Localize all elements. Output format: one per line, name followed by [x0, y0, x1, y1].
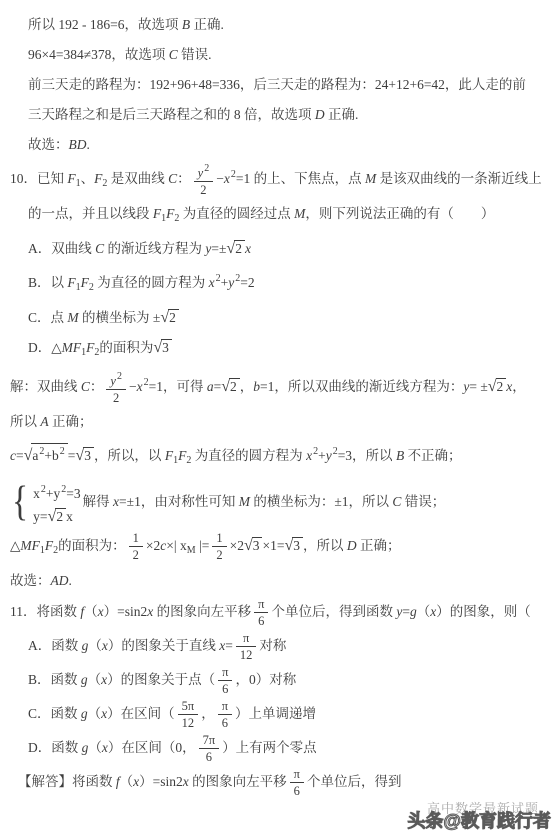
math-var: F — [153, 206, 161, 221]
superscript: 2 — [60, 446, 65, 457]
radicand: 2 — [168, 309, 179, 325]
math-var: c — [160, 538, 166, 553]
superscript: 2 — [61, 484, 66, 495]
superscript: 2 — [231, 169, 236, 180]
math-var: y — [396, 604, 402, 619]
text-line: 解：双曲线 C：y22−x2=1，可得 a=√2，b=1，所以双曲线的渐近线方程… — [10, 368, 547, 407]
math-var: MF — [62, 340, 82, 355]
radical-sign: √ — [221, 378, 229, 395]
text-line: C．点 M 的横坐标为 ±√2 — [28, 303, 547, 333]
fraction-denominator: 2 — [106, 389, 126, 407]
math-var: F — [67, 171, 75, 186]
radicand: 3 — [252, 537, 263, 553]
fraction: π6 — [218, 698, 232, 732]
fraction-numerator: 7π — [199, 732, 220, 748]
math-var: M — [365, 171, 376, 186]
math-var: x — [430, 604, 436, 619]
radicand: 3 — [83, 447, 94, 463]
math-var: BD — [69, 137, 87, 152]
square-root: √2 — [488, 372, 507, 402]
subscript: 2 — [102, 178, 107, 189]
radical-sign: √ — [226, 240, 234, 257]
radical-sign: √ — [48, 508, 56, 525]
radical-sign: √ — [24, 447, 32, 464]
math-var: y — [110, 374, 116, 388]
fraction-numerator: π — [236, 630, 257, 646]
subscript: 2 — [186, 455, 191, 466]
square-root: √3 — [75, 441, 94, 471]
radicand: 2 — [55, 508, 66, 524]
square-root: √3 — [284, 531, 303, 561]
math-var: C — [392, 494, 401, 509]
math-var: B — [396, 448, 404, 463]
square-root: √2 — [160, 303, 179, 333]
math-var: g — [82, 638, 89, 653]
fraction-numerator: y2 — [194, 161, 214, 181]
superscript: 2 — [39, 446, 44, 457]
text-line: 11．将函数 f（x）=sin2x 的图象向左平移π6个单位后，得到函数 y=g… — [10, 596, 547, 630]
fraction: y22 — [106, 369, 126, 407]
fraction: 12 — [129, 530, 143, 564]
radical-sign: √ — [244, 537, 252, 554]
math-var: x — [224, 171, 230, 186]
square-root: √2 — [226, 234, 245, 264]
text-line: D．△MF1F2的面积为√3 — [28, 333, 547, 368]
radicand: 2 — [234, 240, 245, 256]
text-line: B．以 F1F2 为直径的圆方程为 x2+y2=2 — [28, 264, 547, 303]
math-var: A — [40, 414, 48, 429]
fraction: 12 — [212, 530, 226, 564]
math-var: x — [102, 638, 108, 653]
math-var: B — [182, 17, 190, 32]
watermark-gray-text: 高中数学最新试题 — [427, 798, 539, 817]
text-line: 前三天走的路程为：192+96+48=336，后三天走的路程为：24+12+6=… — [28, 70, 547, 100]
math-var: C — [168, 171, 177, 186]
subscript: M — [187, 545, 196, 556]
fraction-denominator: 6 — [254, 612, 268, 630]
radical-sign: √ — [160, 309, 168, 326]
equation-system: {x2+y2=3y=√2x — [10, 478, 81, 528]
math-var: g — [81, 672, 88, 687]
math-var: C — [95, 241, 104, 256]
text-line: A．函数 g（x）的图象关于直线 x=π12对称 — [28, 630, 547, 664]
math-var: F — [81, 275, 89, 290]
fraction-denominator: 12 — [178, 714, 199, 732]
text-line: 故选：BD. — [28, 130, 547, 160]
radical-sign: √ — [153, 339, 161, 356]
math-var: g — [410, 604, 417, 619]
radicand: 3 — [292, 537, 303, 553]
math-var: F — [165, 448, 173, 463]
text-line: 的一点，并且以线段 F1F2 为直径的圆经过点 M，则下列说法正确的有（ ） — [28, 199, 547, 234]
math-var: x — [137, 379, 143, 394]
text-line: 96×4=384≠378，故选项 C 错误. — [28, 40, 547, 70]
system-row: y=√2x — [33, 505, 81, 528]
math-var: C — [81, 379, 90, 394]
radicand: 2 — [229, 378, 240, 394]
text-line: 所以 A 正确； — [10, 407, 547, 437]
math-var: C — [169, 47, 178, 62]
subscript: 2 — [89, 282, 94, 293]
fraction-numerator: π — [218, 698, 232, 714]
fraction-denominator: 2 — [194, 181, 214, 199]
math-var: g — [82, 740, 89, 755]
math-var: F — [67, 275, 75, 290]
text-line: c=√a2+b2=√3，所以，以 F1F2 为直径的圆方程为 x2+y2=3，所… — [10, 437, 547, 476]
fraction-numerator: π — [290, 766, 304, 782]
fraction: π6 — [254, 596, 268, 630]
fraction-denominator: 6 — [290, 782, 304, 800]
text-line: 故选：AD. — [10, 566, 547, 596]
math-var: MF — [20, 538, 40, 553]
text-line: △MF1F2的面积为：12×2c×| xM |=12×2√3×1=√3，所以 D… — [10, 530, 547, 566]
math-var: f — [80, 604, 84, 619]
square-root: √2 — [48, 505, 67, 528]
fraction-numerator: π — [218, 664, 232, 680]
fraction-numerator: y2 — [106, 369, 126, 389]
superscript: 2 — [333, 446, 338, 457]
text-line: 所以 192 - 186=6，故选项 B 正确. — [28, 10, 547, 40]
superscript: 2 — [216, 273, 221, 284]
fraction: y22 — [194, 161, 214, 199]
subscript: 2 — [53, 545, 58, 556]
math-var: g — [81, 706, 88, 721]
fraction-denominator: 2 — [212, 546, 226, 564]
math-var: f — [116, 774, 120, 789]
radical-sign: √ — [75, 447, 83, 464]
fraction: π6 — [290, 766, 304, 800]
math-var: x — [183, 774, 189, 789]
fraction: π6 — [218, 664, 232, 698]
subscript: 2 — [94, 347, 99, 358]
text-line: 【解答】将函数 f（x）=sin2x 的图象向左平移π6个单位后，得到 — [18, 766, 547, 800]
math-var: M — [294, 206, 305, 221]
subscript: 2 — [174, 213, 179, 224]
math-var: x — [101, 706, 107, 721]
text-line: {x2+y2=3y=√2x解得 x=±1，由对称性可知 M 的横坐标为：±1，所… — [10, 476, 547, 530]
square-root: √2 — [221, 372, 240, 402]
text-line: B．函数 g（x）的图象关于点（π6，0）对称 — [28, 664, 547, 698]
math-var: M — [239, 494, 250, 509]
math-var: x — [113, 494, 119, 509]
math-var: y — [198, 166, 204, 180]
math-var: F — [45, 538, 53, 553]
document-content: 所以 192 - 186=6，故选项 B 正确.96×4=384≠378，故选项… — [28, 10, 547, 800]
radicand: 2 — [496, 378, 507, 394]
math-var: x — [147, 604, 153, 619]
math-var: x — [506, 379, 512, 394]
superscript: 2 — [117, 371, 122, 382]
math-var: D — [315, 107, 325, 122]
superscript: 2 — [144, 377, 149, 388]
square-root: √a2+b2 — [24, 441, 68, 471]
fraction-denominator: 6 — [218, 714, 232, 732]
text-line: 三天路程之和是后三天路程之和的 8 倍，故选项 D 正确. — [28, 100, 547, 130]
system-rows: x2+y2=3y=√2x — [33, 478, 81, 528]
watermark-outline-text: 头条@教育践行者 — [407, 807, 551, 833]
fraction-denominator: 2 — [129, 546, 143, 564]
math-var: x — [133, 774, 139, 789]
text-line: C．函数 g（x）在区间（5π12，π6）上单调递增 — [28, 698, 547, 732]
radical-sign: √ — [488, 378, 496, 395]
math-var: x — [306, 448, 312, 463]
math-var: y — [326, 448, 332, 463]
text-line: 10．已知 F1、F2 是双曲线 C：y22−x2=1 的上、下焦点，点 M 是… — [10, 160, 547, 199]
fraction: π12 — [236, 630, 257, 664]
text-line: A．双曲线 C 的渐近线方程为 y=±√2x — [28, 234, 547, 264]
math-var: b — [253, 379, 260, 394]
square-root: √3 — [153, 333, 172, 363]
radicand: 3 — [161, 339, 172, 355]
fraction-denominator: 6 — [218, 680, 232, 698]
text-line: D．函数 g（x）在区间（0，7π6）上有两个零点 — [28, 732, 547, 766]
math-var: M — [67, 310, 78, 325]
fraction-numerator: 5π — [178, 698, 199, 714]
fraction-denominator: 6 — [199, 748, 220, 766]
subscript: 1 — [76, 178, 81, 189]
math-var: x — [98, 604, 104, 619]
superscript: 2 — [313, 446, 318, 457]
math-var: x — [245, 241, 251, 256]
math-var: x — [219, 638, 225, 653]
math-var: y — [205, 241, 211, 256]
fraction-numerator: 1 — [129, 530, 143, 546]
math-var: y — [228, 275, 234, 290]
fraction: 5π12 — [178, 698, 199, 732]
fraction-numerator: π — [254, 596, 268, 612]
radical-sign: √ — [284, 537, 292, 554]
math-var: x — [101, 672, 107, 687]
superscript: 2 — [41, 484, 46, 495]
math-var: y — [463, 379, 469, 394]
document-page: 所以 192 - 186=6，故选项 B 正确.96×4=384≠378，故选项… — [0, 0, 553, 837]
math-var: AD — [51, 573, 69, 588]
math-var: x — [209, 275, 215, 290]
superscript: 2 — [204, 163, 209, 174]
fraction-numerator: 1 — [212, 530, 226, 546]
math-var: D — [347, 538, 357, 553]
superscript: 2 — [235, 273, 240, 284]
math-var: x — [102, 740, 108, 755]
fraction-denominator: 12 — [236, 646, 257, 664]
math-var: a — [207, 379, 214, 394]
square-root: √3 — [244, 531, 263, 561]
system-brace: { — [12, 485, 28, 521]
radicand: a2+b2 — [31, 443, 67, 463]
math-var: c — [10, 448, 16, 463]
system-row: x2+y2=3 — [33, 478, 81, 505]
fraction: 7π6 — [199, 732, 220, 766]
